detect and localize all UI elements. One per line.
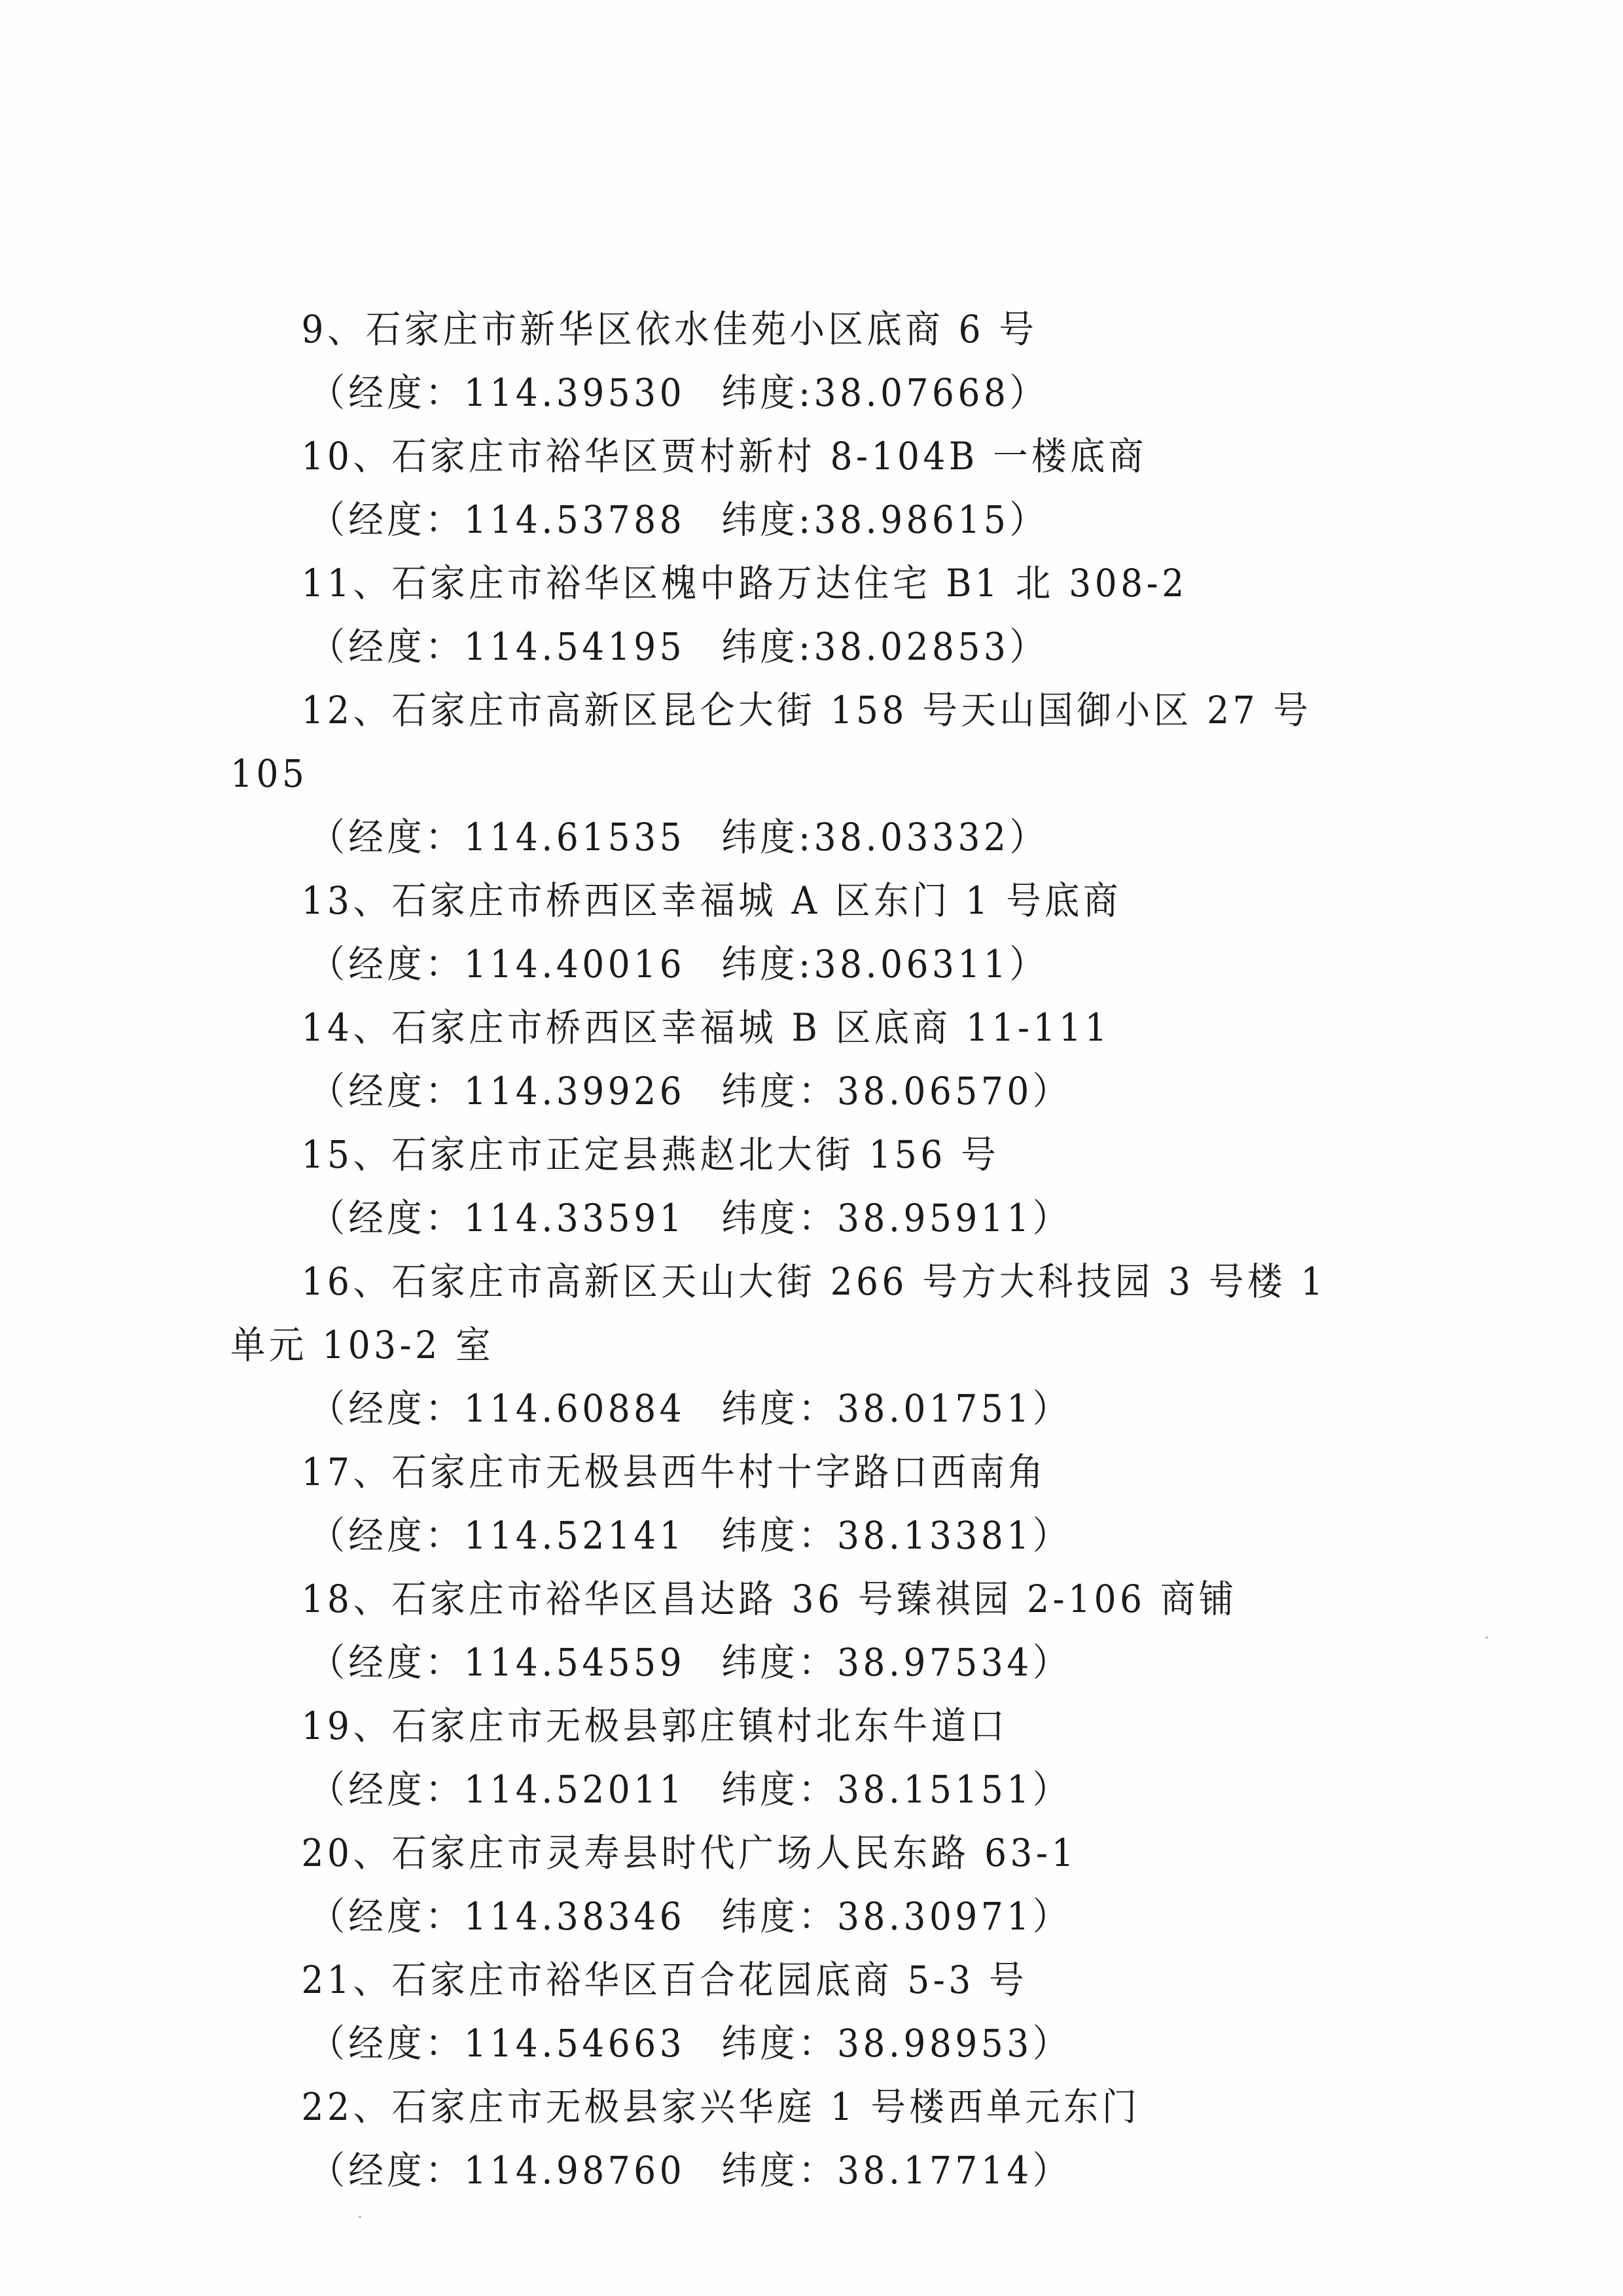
latitude-value: 38.97534 bbox=[837, 1640, 1033, 1685]
coordinates-line: （经度：114.61535纬度:38.03332） bbox=[230, 806, 1314, 869]
latitude-label: 纬度： bbox=[721, 1513, 837, 1558]
longitude-value: 114.53788 bbox=[464, 497, 685, 542]
entry-number: 20 bbox=[302, 1831, 353, 1875]
latitude-label: 纬度: bbox=[721, 624, 813, 669]
entry-number: 12 bbox=[302, 688, 353, 732]
latitude-label: 纬度： bbox=[721, 1069, 837, 1113]
longitude-label: （经度： bbox=[310, 370, 464, 415]
close-paren: ） bbox=[1033, 1069, 1071, 1113]
coordinates-line: （经度：114.54663纬度：38.98953） bbox=[230, 2012, 1314, 2075]
address-entry: 11、石家庄市裕华区槐中路万达住宅 B1 北 308-2 bbox=[230, 552, 1314, 615]
entry-separator: 、 bbox=[353, 1577, 392, 1621]
longitude-value: 114.54195 bbox=[464, 624, 685, 669]
address-entry: 9、石家庄市新华区依水佳苑小区底商 6 号 bbox=[230, 298, 1314, 361]
address-entry: 19、石家庄市无极县郭庄镇村北东牛道口 bbox=[230, 1695, 1314, 1758]
entry-number: 19 bbox=[302, 1704, 353, 1748]
scan-speck bbox=[1486, 1636, 1488, 1639]
latitude-label: 纬度: bbox=[721, 370, 813, 415]
entry-address: 石家庄市无极县家兴华庭 1 号楼西单元东门 bbox=[391, 2085, 1140, 2129]
longitude-label: （经度： bbox=[310, 2148, 464, 2193]
close-paren: ） bbox=[1033, 2021, 1071, 2066]
entry-separator: 、 bbox=[353, 1450, 392, 1494]
latitude-label: 纬度: bbox=[721, 497, 813, 542]
latitude-value: 38.01751 bbox=[837, 1386, 1033, 1431]
address-entry: 21、石家庄市裕华区百合花园底商 5-3 号 bbox=[230, 1948, 1314, 2012]
entry-address: 石家庄市裕华区昌达路 36 号臻祺园 2-106 商铺 bbox=[391, 1577, 1237, 1621]
entry-separator: 、 bbox=[353, 561, 392, 605]
entry-address: 石家庄市高新区天山大街 266 号方大科技园 3 号楼 1 bbox=[391, 1259, 1326, 1304]
coordinates-line: （经度：114.33591纬度：38.95911） bbox=[230, 1187, 1314, 1250]
latitude-value: 38.13381 bbox=[837, 1513, 1033, 1558]
latitude-label: 纬度： bbox=[721, 1767, 837, 1812]
latitude-value: 38.98615 bbox=[814, 497, 1010, 542]
longitude-value: 114.60884 bbox=[464, 1386, 685, 1431]
longitude-value: 114.52011 bbox=[464, 1767, 685, 1812]
entry-number: 13 bbox=[302, 878, 353, 923]
close-paren: ） bbox=[1009, 942, 1048, 986]
entry-separator: 、 bbox=[353, 688, 392, 732]
longitude-label: （经度： bbox=[310, 1513, 464, 1558]
address-list: 9、石家庄市新华区依水佳苑小区底商 6 号（经度：114.39530纬度:38.… bbox=[230, 298, 1408, 2202]
address-entry: 15、石家庄市正定县燕赵北大街 156 号 bbox=[230, 1123, 1314, 1187]
close-paren: ） bbox=[1009, 370, 1048, 415]
close-paren: ） bbox=[1009, 497, 1048, 542]
latitude-label: 纬度： bbox=[721, 1894, 837, 1939]
entry-separator: 、 bbox=[353, 434, 392, 478]
coordinates-line: （经度：114.54559纬度：38.97534） bbox=[230, 1631, 1314, 1695]
entry-address: 石家庄市新华区依水佳苑小区底商 6 号 bbox=[366, 307, 1038, 351]
address-entry: 16、石家庄市高新区天山大街 266 号方大科技园 3 号楼 1 bbox=[230, 1250, 1314, 1314]
address-continuation: 单元 103-2 室 bbox=[230, 1314, 1314, 1377]
longitude-value: 114.39530 bbox=[464, 370, 685, 415]
latitude-label: 纬度： bbox=[721, 1640, 837, 1685]
longitude-value: 114.52141 bbox=[464, 1513, 685, 1558]
entry-number: 22 bbox=[302, 2085, 353, 2129]
latitude-label: 纬度： bbox=[721, 2148, 837, 2193]
close-paren: ） bbox=[1009, 624, 1048, 669]
entry-address: 石家庄市桥西区幸福城 B 区底商 11-111 bbox=[391, 1005, 1111, 1050]
entry-separator: 、 bbox=[353, 1831, 392, 1875]
entry-separator: 、 bbox=[327, 307, 366, 351]
entry-separator: 、 bbox=[353, 1958, 392, 2002]
latitude-value: 38.98953 bbox=[837, 2021, 1033, 2066]
close-paren: ） bbox=[1033, 1513, 1071, 1558]
entry-address: 石家庄市无极县郭庄镇村北东牛道口 bbox=[391, 1704, 1008, 1748]
close-paren: ） bbox=[1033, 2148, 1071, 2193]
longitude-label: （经度： bbox=[310, 624, 464, 669]
coordinates-line: （经度：114.40016纬度:38.06311） bbox=[230, 933, 1314, 996]
entry-number: 21 bbox=[302, 1958, 353, 2002]
longitude-value: 114.38346 bbox=[464, 1894, 685, 1939]
close-paren: ） bbox=[1033, 1894, 1071, 1939]
longitude-value: 114.61535 bbox=[464, 815, 685, 859]
longitude-label: （经度： bbox=[310, 2021, 464, 2066]
longitude-label: （经度： bbox=[310, 1894, 464, 1939]
entry-address: 石家庄市高新区昆仑大街 158 号天山国御小区 27 号 bbox=[391, 688, 1311, 732]
latitude-value: 38.15151 bbox=[837, 1767, 1033, 1812]
entry-number: 14 bbox=[302, 1005, 353, 1050]
longitude-value: 114.33591 bbox=[464, 1196, 685, 1240]
close-paren: ） bbox=[1033, 1767, 1071, 1812]
scanned-page: 9、石家庄市新华区依水佳苑小区底商 6 号（经度：114.39530纬度:38.… bbox=[0, 0, 1623, 2296]
address-entry: 14、石家庄市桥西区幸福城 B 区底商 11-111 bbox=[230, 996, 1314, 1060]
entry-separator: 、 bbox=[353, 878, 392, 923]
longitude-label: （经度： bbox=[310, 1386, 464, 1431]
longitude-value: 114.98760 bbox=[464, 2148, 685, 2193]
longitude-label: （经度： bbox=[310, 1640, 464, 1685]
address-continuation: 105 bbox=[230, 742, 1314, 806]
entry-address: 石家庄市裕华区槐中路万达住宅 B1 北 308-2 bbox=[391, 561, 1187, 605]
entry-address: 石家庄市灵寿县时代广场人民东路 63-1 bbox=[391, 1831, 1077, 1875]
longitude-value: 114.54663 bbox=[464, 2021, 685, 2066]
longitude-value: 114.39926 bbox=[464, 1069, 685, 1113]
latitude-label: 纬度: bbox=[721, 942, 813, 986]
entry-address: 石家庄市裕华区贾村新村 8-104B 一楼底商 bbox=[391, 434, 1147, 478]
latitude-value: 38.02853 bbox=[814, 624, 1010, 669]
entry-separator: 、 bbox=[353, 2085, 392, 2129]
coordinates-line: （经度：114.52141纬度：38.13381） bbox=[230, 1504, 1314, 1568]
entry-address: 石家庄市无极县西牛村十字路口西南角 bbox=[391, 1450, 1046, 1494]
latitude-label: 纬度： bbox=[721, 1386, 837, 1431]
latitude-value: 38.17714 bbox=[837, 2148, 1033, 2193]
coordinates-line: （经度：114.60884纬度：38.01751） bbox=[230, 1377, 1314, 1441]
close-paren: ） bbox=[1033, 1386, 1071, 1431]
close-paren: ） bbox=[1033, 1640, 1071, 1685]
entry-number: 16 bbox=[302, 1259, 353, 1304]
close-paren: ） bbox=[1033, 1196, 1071, 1240]
close-paren: ） bbox=[1009, 815, 1048, 859]
address-entry: 22、石家庄市无极县家兴华庭 1 号楼西单元东门 bbox=[230, 2075, 1314, 2139]
coordinates-line: （经度：114.54195纬度:38.02853） bbox=[230, 615, 1314, 679]
coordinates-line: （经度：114.38346纬度：38.30971） bbox=[230, 1885, 1314, 1948]
scan-speck bbox=[359, 2215, 361, 2218]
coordinates-line: （经度：114.52011纬度：38.15151） bbox=[230, 1758, 1314, 1821]
latitude-value: 38.03332 bbox=[814, 815, 1010, 859]
entry-number: 17 bbox=[302, 1450, 353, 1494]
coordinates-line: （经度：114.39530纬度:38.07668） bbox=[230, 361, 1314, 425]
coordinates-line: （经度：114.53788纬度:38.98615） bbox=[230, 488, 1314, 552]
coordinates-line: （经度：114.39926纬度：38.06570） bbox=[230, 1060, 1314, 1123]
entry-number: 9 bbox=[302, 307, 327, 351]
longitude-label: （经度： bbox=[310, 1196, 464, 1240]
longitude-label: （经度： bbox=[310, 1069, 464, 1113]
longitude-label: （经度： bbox=[310, 815, 464, 859]
entry-separator: 、 bbox=[353, 1259, 392, 1304]
entry-number: 11 bbox=[302, 561, 353, 605]
entry-number: 18 bbox=[302, 1577, 353, 1621]
address-entry: 10、石家庄市裕华区贾村新村 8-104B 一楼底商 bbox=[230, 425, 1314, 488]
latitude-value: 38.07668 bbox=[814, 370, 1010, 415]
latitude-value: 38.95911 bbox=[837, 1196, 1033, 1240]
address-entry: 13、石家庄市桥西区幸福城 A 区东门 1 号底商 bbox=[230, 869, 1314, 933]
coordinates-line: （经度：114.98760纬度：38.17714） bbox=[230, 2139, 1314, 2202]
address-entry: 12、石家庄市高新区昆仑大街 158 号天山国御小区 27 号 bbox=[230, 679, 1314, 742]
longitude-label: （经度： bbox=[310, 1767, 464, 1812]
latitude-value: 38.30971 bbox=[837, 1894, 1033, 1939]
latitude-value: 38.06570 bbox=[837, 1069, 1033, 1113]
entry-address: 石家庄市正定县燕赵北大街 156 号 bbox=[391, 1132, 999, 1177]
latitude-label: 纬度： bbox=[721, 2021, 837, 2066]
address-entry: 18、石家庄市裕华区昌达路 36 号臻祺园 2-106 商铺 bbox=[230, 1568, 1314, 1631]
entry-separator: 、 bbox=[353, 1704, 392, 1748]
entry-address: 石家庄市桥西区幸福城 A 区东门 1 号底商 bbox=[391, 878, 1122, 923]
entry-number: 10 bbox=[302, 434, 353, 478]
longitude-value: 114.40016 bbox=[464, 942, 685, 986]
entry-separator: 、 bbox=[353, 1005, 392, 1050]
address-entry: 17、石家庄市无极县西牛村十字路口西南角 bbox=[230, 1441, 1314, 1504]
longitude-label: （经度： bbox=[310, 497, 464, 542]
longitude-label: （经度： bbox=[310, 942, 464, 986]
longitude-value: 114.54559 bbox=[464, 1640, 685, 1685]
entry-address: 石家庄市裕华区百合花园底商 5-3 号 bbox=[391, 1958, 1027, 2002]
latitude-label: 纬度: bbox=[721, 815, 813, 859]
address-entry: 20、石家庄市灵寿县时代广场人民东路 63-1 bbox=[230, 1821, 1314, 1885]
entry-number: 15 bbox=[302, 1132, 353, 1177]
latitude-value: 38.06311 bbox=[814, 942, 1010, 986]
entry-separator: 、 bbox=[353, 1132, 392, 1177]
latitude-label: 纬度： bbox=[721, 1196, 837, 1240]
